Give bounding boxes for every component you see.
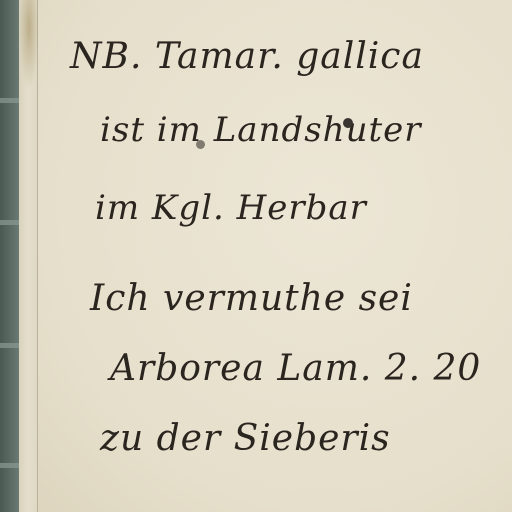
handwritten-line-3: im Kgl. Herbar: [95, 188, 367, 228]
board-mark: [0, 343, 19, 348]
ink-spot: [343, 118, 353, 128]
handwritten-line-5: Arborea Lam. 2. 20: [110, 348, 481, 389]
board-mark: [0, 98, 19, 103]
handwritten-line-1: NB. Tamar. gallica: [70, 36, 424, 77]
ink-spot: [196, 140, 205, 149]
handwritten-line-4: Ich vermuthe sei: [90, 278, 413, 319]
handwritten-line-6: zu der Sieberis: [100, 418, 391, 459]
handwritten-line-2: ist im Landshuter: [100, 110, 422, 150]
board-mark: [0, 463, 19, 468]
age-stain: [19, 0, 39, 90]
board-mark: [0, 220, 19, 225]
dark-backing-board: [0, 0, 19, 512]
